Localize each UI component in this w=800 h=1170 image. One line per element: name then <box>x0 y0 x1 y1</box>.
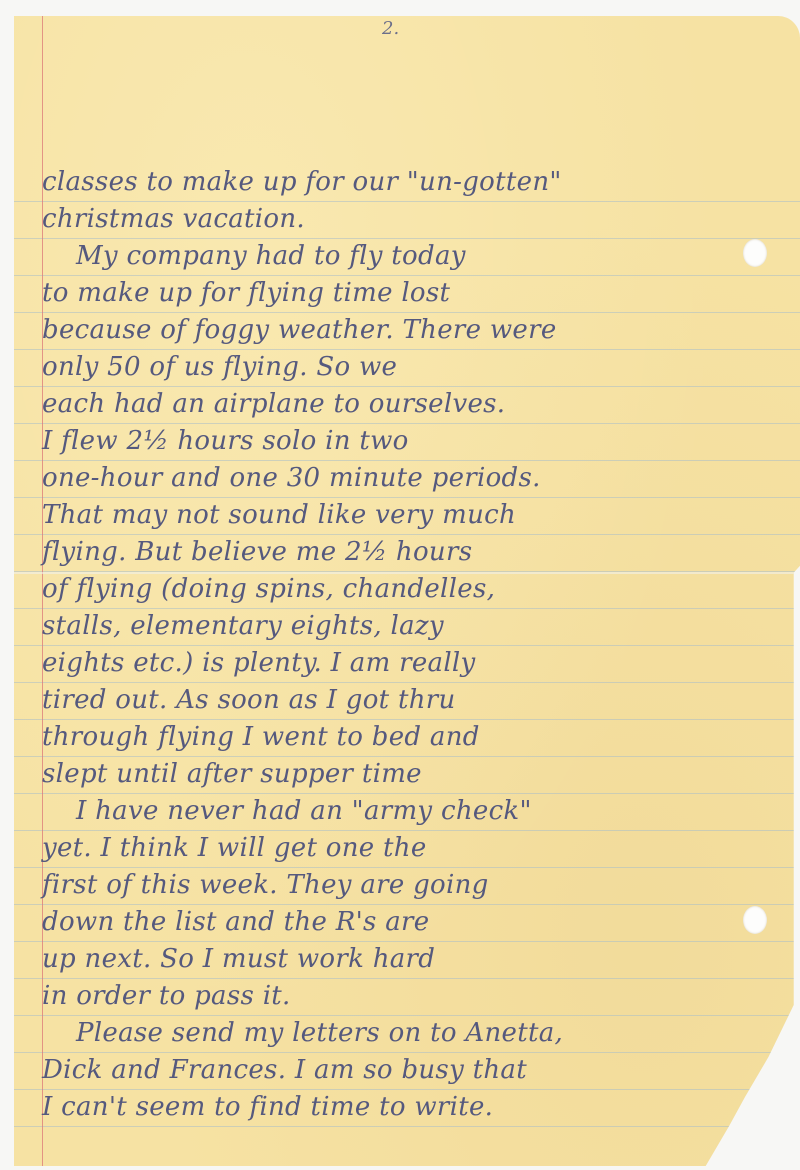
letter-line: I flew 2½ hours solo in two <box>42 423 762 460</box>
letter-line: of flying (doing spins, chandelles, <box>42 571 762 608</box>
letter-line: in order to pass it. <box>42 978 762 1015</box>
letter-line: Please send my letters on to Anetta, <box>42 1015 762 1052</box>
letter-line: through flying I went to bed and <box>42 719 762 756</box>
letter-line: because of foggy weather. There were <box>42 312 762 349</box>
letter-line: up next. So I must work hard <box>42 941 762 978</box>
letter-line: yet. I think I will get one the <box>42 830 762 867</box>
letter-line: eights etc.) is plenty. I am really <box>42 645 762 682</box>
letter-line: That may not sound like very much <box>42 497 762 534</box>
letter-line: My company had to fly today <box>42 238 762 275</box>
letter-body: classes to make up for our "un-gotten" c… <box>42 164 762 1126</box>
letter-line: slept until after supper time <box>42 756 762 793</box>
notebook-paper: 2. classes to make up for our "un-gotten… <box>14 16 800 1166</box>
letter-line: only 50 of us flying. So we <box>42 349 762 386</box>
letter-line: tired out. As soon as I got thru <box>42 682 762 719</box>
letter-line: down the list and the R's are <box>42 904 762 941</box>
letter-line: christmas vacation. <box>42 201 762 238</box>
letter-line: one-hour and one 30 minute periods. <box>42 460 762 497</box>
letter-line: I can't seem to find time to write. <box>42 1089 762 1126</box>
letter-line: each had an airplane to ourselves. <box>42 386 762 423</box>
letter-line: classes to make up for our "un-gotten" <box>42 164 762 201</box>
letter-line: to make up for flying time lost <box>42 275 762 312</box>
letter-line: Dick and Frances. I am so busy that <box>42 1052 762 1089</box>
letter-line: stalls, elementary eights, lazy <box>42 608 762 645</box>
page-number: 2. <box>382 18 399 39</box>
letter-line: flying. But believe me 2½ hours <box>42 534 762 571</box>
letter-line: first of this week. They are going <box>42 867 762 904</box>
letter-line: I have never had an "army check" <box>42 793 762 830</box>
